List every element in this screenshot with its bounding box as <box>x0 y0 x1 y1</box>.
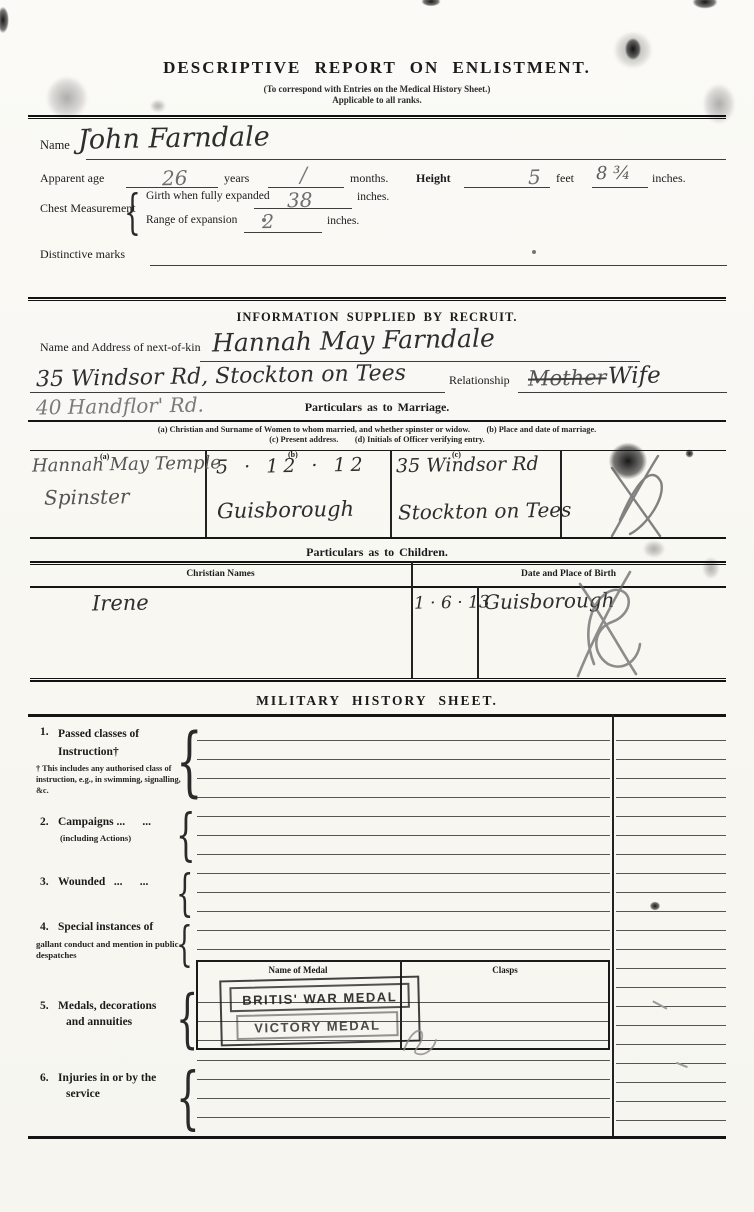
item2-number: 2. <box>40 816 49 828</box>
next-of-kin-label: Name and Address of next-of-kin <box>40 340 201 355</box>
relationship-struck-value: Mother <box>528 365 607 390</box>
item1-number: 1. <box>40 726 49 738</box>
medal-stamp-frame: BRITIS' WAR MEDAL VICTORY MEDAL <box>219 976 421 1047</box>
height-feet-value: 5 <box>528 165 541 189</box>
brace-glyph: { <box>176 720 203 802</box>
scanned-form-page: DESCRIPTIVE REPORT ON ENLISTMENT. (To co… <box>0 0 754 1212</box>
ink-blot <box>684 448 695 459</box>
range-label: Range of expansion <box>146 214 237 226</box>
next-of-kin-name: Hannah May Farndale <box>212 324 495 358</box>
range-unit-label: inches. <box>327 215 359 227</box>
item2-label: Campaigns ... ... <box>58 816 151 828</box>
ink-blot <box>0 2 11 38</box>
range-value: 2 <box>262 211 274 233</box>
table-divider <box>390 450 392 538</box>
item4-label: Special instances of <box>58 921 193 933</box>
medal-name-column-header: Name of Medal <box>196 965 400 975</box>
inches-label: inches. <box>652 171 686 186</box>
rule <box>28 714 726 717</box>
marriage-place-value: Guisborough <box>217 497 354 523</box>
rule <box>28 420 726 422</box>
children-heading: Particulars as to Children. <box>0 545 754 560</box>
brace-glyph: { <box>176 866 193 920</box>
rule <box>28 115 726 119</box>
pencil-scrawl-initials <box>588 452 680 538</box>
table-divider <box>560 450 562 538</box>
brace-glyph: { <box>176 806 196 866</box>
form-subtitle-1: (To correspond with Entries on the Medic… <box>0 84 754 94</box>
ink-blot <box>688 0 722 11</box>
item2-note: (including Actions) <box>60 833 131 844</box>
marriage-address-1: 35 Windsor Rd <box>396 453 539 477</box>
victory-medal-stamp: VICTORY MEDAL <box>236 1011 399 1040</box>
rule-line <box>200 361 640 362</box>
ruled-lines-area <box>197 722 610 962</box>
item1-footnote: † This includes any authorised class of … <box>36 764 188 796</box>
rule <box>28 1136 726 1139</box>
form-title: DESCRIPTIVE REPORT ON ENLISTMENT. <box>0 58 754 78</box>
rule-line <box>592 187 648 188</box>
girth-unit-label: inches. <box>357 191 389 203</box>
item5-number: 5. <box>40 1000 49 1012</box>
rule-line <box>86 159 726 160</box>
rule <box>30 678 726 682</box>
relationship-value: Wife <box>608 363 661 390</box>
item3-label: Wounded ... ... <box>58 876 148 888</box>
clasps-column-header: Clasps <box>400 965 610 975</box>
height-label: Height <box>416 171 451 186</box>
ink-blot <box>418 0 444 8</box>
marriage-address-2: Stockton on Tees <box>398 497 572 524</box>
name-label: Name <box>40 138 70 153</box>
rule-line <box>518 392 727 393</box>
ruled-lines-right-column <box>616 722 726 1139</box>
military-heading: MILITARY HISTORY SHEET. <box>0 693 754 709</box>
feet-label: feet <box>556 171 574 186</box>
distinctive-marks-label: Distinctive marks <box>40 247 125 262</box>
pencil-scrawl-initials <box>548 566 660 680</box>
item4-note: gallant conduct and mention in public de… <box>36 939 194 962</box>
speck <box>532 250 536 254</box>
children-col-names: Christian Names <box>30 569 411 579</box>
item6-label: Injuries in or by the <box>58 1072 156 1084</box>
relationship-label: Relationship <box>449 373 510 388</box>
brace-glyph: { <box>176 1062 200 1136</box>
rule-line <box>150 265 727 266</box>
girth-value: 38 <box>287 188 313 212</box>
brace-glyph: { <box>124 186 141 238</box>
item5-label-2: and annuities <box>66 1016 132 1028</box>
wife-name-value: Hannah May Temple <box>32 452 221 476</box>
wife-status-value: Spinster <box>44 484 130 509</box>
girth-label: Girth when fully expanded <box>146 190 270 202</box>
item5-label: Medals, decorations <box>58 1000 156 1012</box>
rule-line <box>30 392 445 393</box>
child-birth-date-value: 1 · 6 · 13 <box>414 592 490 613</box>
height-inches-value: 8 ¾ <box>596 163 631 185</box>
brace-glyph: { <box>176 918 193 970</box>
table-divider <box>612 714 614 1138</box>
british-war-medal-stamp: BRITIS' WAR MEDAL <box>229 983 410 1012</box>
years-label: years <box>224 171 249 186</box>
next-of-kin-address: 35 Windsor Rd, Stockton on Tees <box>36 361 406 392</box>
item1-label: Passed classes of Instruction† <box>58 726 180 762</box>
recruit-section-heading: INFORMATION SUPPLIED BY RECRUIT. <box>0 310 754 325</box>
child-name-value: Irene <box>92 591 149 616</box>
months-label: months. <box>350 171 388 186</box>
item6-number: 6. <box>40 1072 49 1084</box>
marriage-heading: Particulars as to Marriage. <box>0 400 754 415</box>
table-divider <box>411 561 413 679</box>
apparent-age-label: Apparent age <box>40 171 104 186</box>
marriage-date-value: 5 · 12 · 12 <box>216 454 368 479</box>
age-years-value: 26 <box>162 166 188 190</box>
form-subtitle-2: Applicable to all ranks. <box>0 95 754 105</box>
item4-number: 4. <box>40 921 49 933</box>
chest-measurement-label: Chest Measurement <box>40 201 136 216</box>
name-value: John Farndale <box>78 121 270 155</box>
rule <box>30 561 726 565</box>
item3-number: 3. <box>40 876 49 888</box>
age-months-value: / <box>300 163 307 187</box>
rule-line <box>244 232 322 233</box>
pencil-scrawl-small <box>398 1018 442 1060</box>
rule <box>28 297 726 301</box>
item6-label-2: service <box>66 1088 100 1100</box>
